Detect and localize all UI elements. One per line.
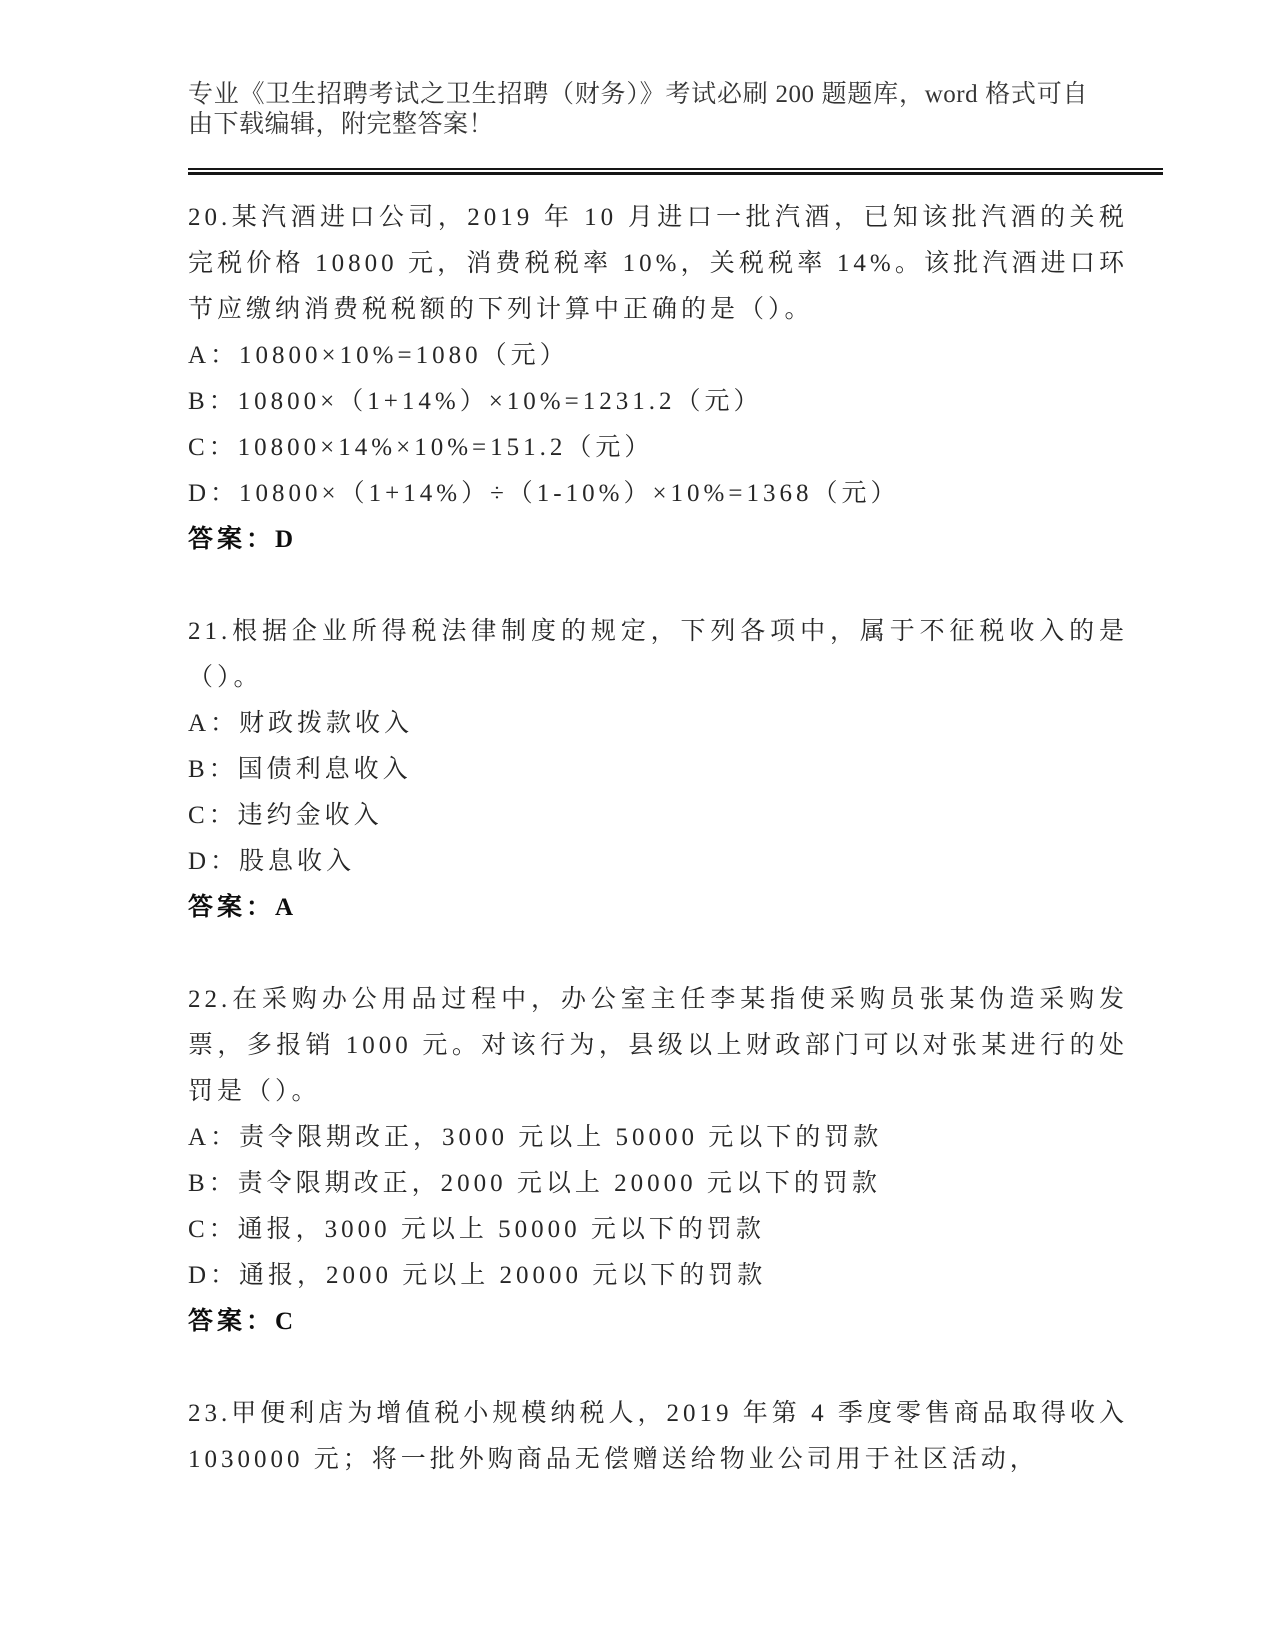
question-stem-text: 甲便利店为增值税小规模纳税人，2019 年第 4 季度零售商品取得收入 1030… [188, 1400, 1128, 1473]
option-b: B：责令限期改正，2000 元以上 20000 元以下的罚款 [188, 1161, 1128, 1207]
question-stem-text: 某汽酒进口公司，2019 年 10 月进口一批汽酒，已知该批汽酒的关税完税价格 … [188, 204, 1128, 323]
option-a: A：财政拨款收入 [188, 701, 1128, 747]
question-number: 23. [188, 1400, 231, 1427]
option-c: C：10800×14%×10%=151.2（元） [188, 425, 1128, 471]
answer-line: 答案：D [188, 517, 1128, 563]
question-stem: 22.在采购办公用品过程中，办公室主任李某指使采购员张某伪造采购发票，多报销 1… [188, 977, 1128, 1115]
question-block-22: 22.在采购办公用品过程中，办公室主任李某指使采购员张某伪造采购发票，多报销 1… [188, 977, 1128, 1345]
question-stem: 20.某汽酒进口公司，2019 年 10 月进口一批汽酒，已知该批汽酒的关税完税… [188, 195, 1128, 333]
question-number: 20. [188, 204, 231, 231]
option-c: C：违约金收入 [188, 793, 1128, 839]
answer-line: 答案：A [188, 885, 1128, 931]
question-block-23: 23.甲便利店为增值税小规模纳税人，2019 年第 4 季度零售商品取得收入 1… [188, 1391, 1128, 1483]
question-stem-text: 根据企业所得税法律制度的规定，下列各项中，属于不征税收入的是（）。 [188, 618, 1128, 691]
question-number: 21. [188, 618, 231, 645]
option-b: B：国债利息收入 [188, 747, 1128, 793]
answer-line: 答案：C [188, 1299, 1128, 1345]
question-block-21: 21.根据企业所得税法律制度的规定，下列各项中，属于不征税收入的是（）。 A：财… [188, 609, 1128, 931]
question-stem: 21.根据企业所得税法律制度的规定，下列各项中，属于不征税收入的是（）。 [188, 609, 1128, 701]
option-d: D：10800×（1+14%）÷（1-10%）×10%=1368（元） [188, 471, 1128, 517]
question-list: 20.某汽酒进口公司，2019 年 10 月进口一批汽酒，已知该批汽酒的关税完税… [188, 195, 1128, 1483]
question-number: 22. [188, 986, 231, 1013]
option-c: C：通报，3000 元以上 50000 元以下的罚款 [188, 1207, 1128, 1253]
question-block-20: 20.某汽酒进口公司，2019 年 10 月进口一批汽酒，已知该批汽酒的关税完税… [188, 195, 1128, 563]
question-stem-text: 在采购办公用品过程中，办公室主任李某指使采购员张某伪造采购发票，多报销 1000… [188, 986, 1128, 1105]
header-note: 专业《卫生招聘考试之卫生招聘（财务）》考试必刷 200 题题库，word 格式可… [188, 80, 1088, 140]
option-a: A：10800×10%=1080（元） [188, 333, 1128, 379]
document-page: 专业《卫生招聘考试之卫生招聘（财务）》考试必刷 200 题题库，word 格式可… [188, 80, 1163, 1529]
option-d: D：股息收入 [188, 839, 1128, 885]
header-divider [188, 168, 1163, 175]
option-a: A：责令限期改正，3000 元以上 50000 元以下的罚款 [188, 1115, 1128, 1161]
question-stem: 23.甲便利店为增值税小规模纳税人，2019 年第 4 季度零售商品取得收入 1… [188, 1391, 1128, 1483]
option-b: B：10800×（1+14%）×10%=1231.2（元） [188, 379, 1128, 425]
option-d: D：通报，2000 元以上 20000 元以下的罚款 [188, 1253, 1128, 1299]
